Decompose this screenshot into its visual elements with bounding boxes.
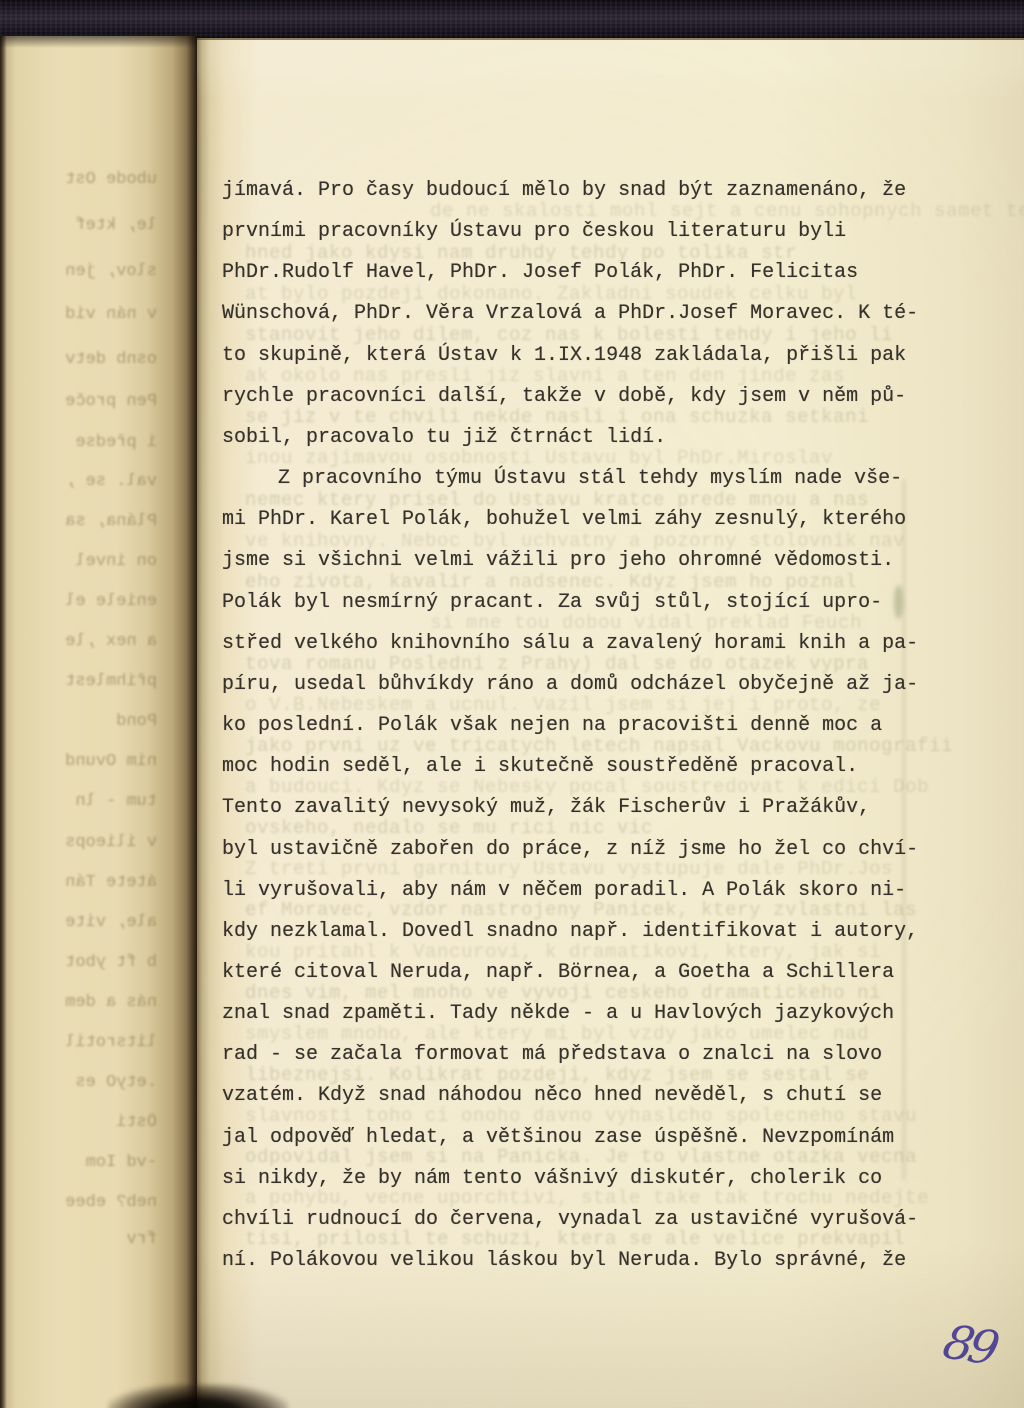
left-page-text-fragment: neb? ebee (5, 1193, 157, 1213)
text-line: to skupině, která Ústav k 1.IX.1948 zakl… (222, 335, 942, 376)
text-line: rad - se začala formovat má představa o … (222, 1034, 942, 1075)
left-page-text-fragment: átete Tán (5, 873, 157, 893)
text-line: jsme si všichni velmi vážili pro jeho oh… (222, 540, 942, 581)
text-line: které citoval Neruda, např. Börnea, a Go… (222, 952, 942, 993)
text-line: mi PhDr. Karel Polák, bohužel velmi záhy… (222, 499, 942, 540)
text-line: ko poslední. Polák však nejen na pracovi… (222, 705, 942, 746)
left-page-text-fragment: -vd Iom (5, 1153, 157, 1173)
scanner-background (0, 0, 1024, 40)
left-page-text-fragment: frv (5, 1230, 157, 1250)
text-line: ní. Polákovou velikou láskou byl Neruda.… (222, 1240, 942, 1281)
text-line: li vyrušovali, aby nám v něčem poradil. … (222, 870, 942, 911)
left-page-text-fragment: ubode Ost (5, 170, 157, 190)
left-page-text-fragment: on invel (5, 552, 157, 572)
text-line: prvními pracovníky Ústavu pro českou lit… (222, 211, 942, 252)
text-line: píru, usedal bůhvíkdy ráno a domů odcház… (222, 664, 942, 705)
text-line: byl ustavičně zabořen do práce, z níž js… (222, 829, 942, 870)
typewritten-text: jímavá. Pro časy budoucí mělo by snad bý… (222, 170, 942, 1281)
text-line: PhDr.Rudolf Havel, PhDr. Josef Polák, Ph… (222, 252, 942, 293)
text-line: Tento zavalitý nevysoký muž, žák Fischer… (222, 787, 942, 828)
text-line: si nikdy, že by nám tento vášnivý diskut… (222, 1158, 942, 1199)
left-page-text-fragment: Östi (5, 1113, 157, 1133)
left-page-text-fragment: osnb detv (5, 350, 157, 370)
text-line: kdy nezklamal. Dovedl snadno např. ident… (222, 911, 942, 952)
left-page-text-fragment: nás a dem (5, 993, 157, 1013)
left-page-text-fragment: Pen proče (5, 392, 157, 412)
text-line: sobil, pracovalo tu již čtrnáct lidí. (222, 417, 942, 458)
text-line: Wünschová, PhDr. Věra Vrzalová a PhDr.Jo… (222, 293, 942, 334)
text-line: rychle pracovníci další, takže v době, k… (222, 376, 942, 417)
scanned-book-spread: ubode Ostle, ktefslov, jenv nán vidosnb … (0, 0, 1024, 1408)
left-page-text-fragment: a nex ,le (5, 632, 157, 652)
left-page-text-fragment: val. se , (5, 472, 157, 492)
left-page-text-fragment: i předse (5, 433, 157, 453)
text-line: jal odpověď hledat, a většinou zase úspě… (222, 1117, 942, 1158)
left-page-text-fragment: přihmlest (5, 672, 157, 692)
text-line: vzatém. Když snad náhodou něco hned nevě… (222, 1075, 942, 1116)
left-page-text-fragment: litsrotil (5, 1033, 157, 1053)
text-line: Z pracovního týmu Ústavu stál tehdy mysl… (222, 458, 942, 499)
left-page-text-fragment: le, ktef (5, 216, 157, 236)
text-line: moc hodin seděl, ale i skutečně soustřed… (222, 746, 942, 787)
left-page-text-fragment: Pond (5, 712, 157, 732)
text-line: střed velkého knihovního sálu a zavalený… (222, 623, 942, 664)
left-page-text-fragment: nim Ovund (5, 752, 157, 772)
left-page-text-fragment: v nán vid (5, 305, 157, 325)
bottom-gutter-shadow (108, 1384, 288, 1408)
left-page-text-fragment: slov, jen (5, 262, 157, 282)
left-page-text-fragment: v ilieops (5, 833, 157, 853)
left-page-text-fragment: eniele el (5, 592, 157, 612)
left-page-text-fragment: .etyO es (5, 1073, 157, 1093)
text-line: chvíli rudnoucí do červena, vynadal za u… (222, 1199, 942, 1240)
text-line: Polák byl nesmírný pracant. Za svůj stůl… (222, 582, 942, 623)
left-page-text-fragment: ale, vite (5, 913, 157, 933)
text-line: znal snad zpaměti. Tady někde - a u Havl… (222, 993, 942, 1034)
text-line: jímavá. Pro časy budoucí mělo by snad bý… (222, 170, 942, 211)
left-page-text-fragment: Plána, sa (5, 512, 157, 532)
left-page-text-fragment: tum - ln (5, 792, 157, 812)
left-page-text-fragment: b ft ybot (5, 953, 157, 973)
